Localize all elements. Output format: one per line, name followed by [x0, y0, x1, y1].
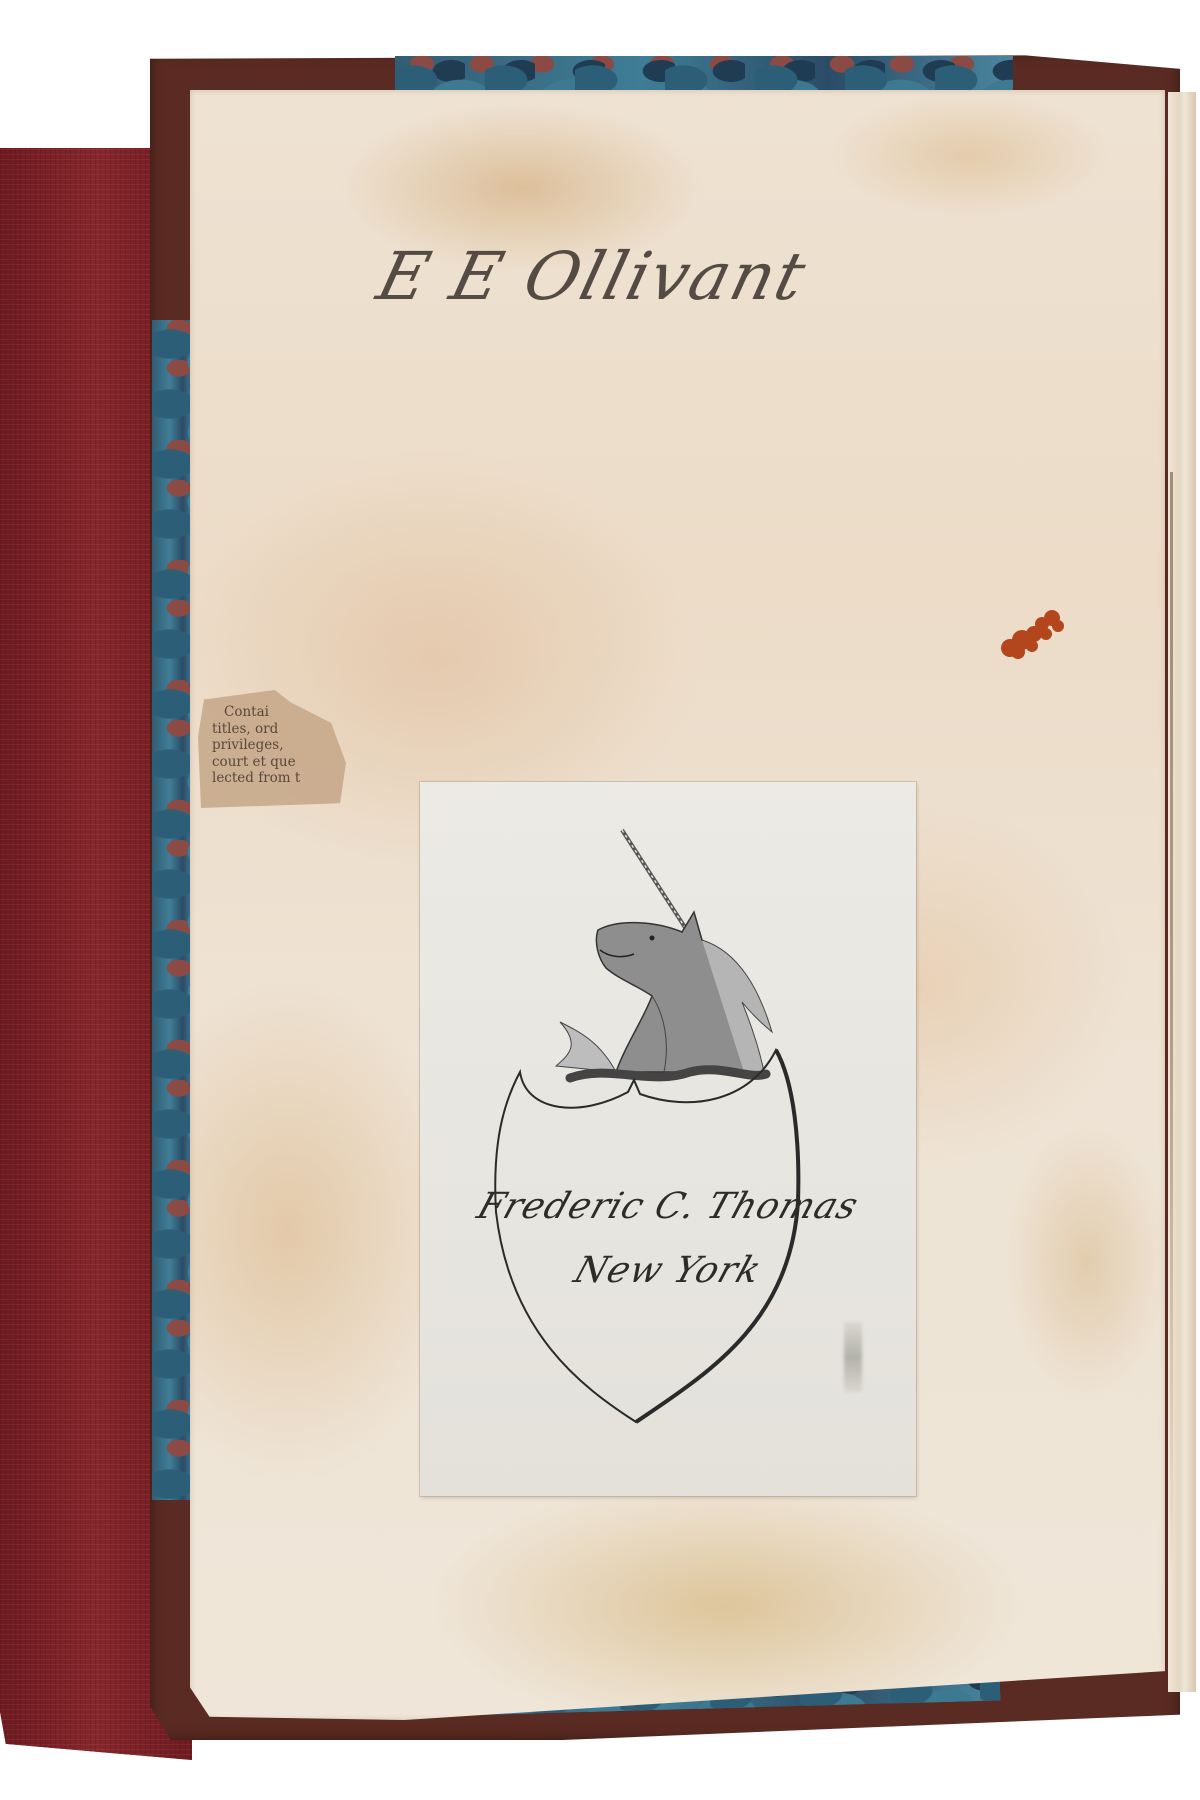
text-block-page-edge	[1168, 92, 1196, 1692]
bookplate-owner-name: Frederic C. Thomas	[413, 1186, 922, 1227]
marbled-paper-left-strip	[152, 320, 196, 1500]
bookplate-smudge	[844, 1322, 862, 1392]
fragment-line: court et que	[212, 754, 346, 771]
handwritten-owner-inscription: E E Ollivant	[367, 238, 989, 328]
marbled-paper-top-strip	[395, 56, 1013, 90]
fragment-line: lected from t	[212, 770, 346, 787]
unicorn-crest-and-shield-icon	[420, 782, 916, 1496]
armorial-bookplate: Frederic C. Thomas New York	[420, 782, 916, 1496]
fragment-line: privileges,	[212, 737, 346, 754]
bookplate-city: New York	[413, 1250, 922, 1291]
fragment-line: titles, ord	[212, 721, 346, 738]
red-wax-spot	[996, 604, 1070, 664]
